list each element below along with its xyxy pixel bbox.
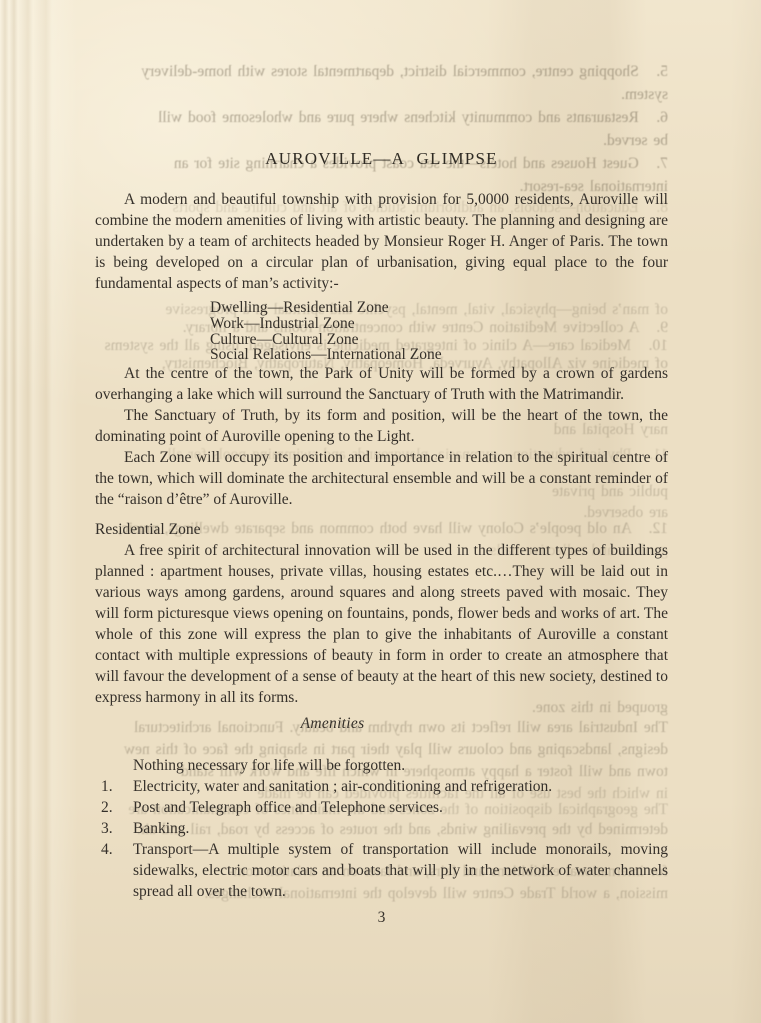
residential-zone-heading: Residential Zone xyxy=(95,519,668,540)
amenity-item: 1. Electricity, water and sanitation ; a… xyxy=(95,776,668,797)
zone-list-item: Social Relations—International Zone xyxy=(210,347,668,363)
residential-zone-paragraph: A free spirit of architectural innovatio… xyxy=(95,540,668,708)
sanctuary-paragraph: The Sanctuary of Truth, by its form and … xyxy=(95,405,668,447)
amenities-intro: Nothing necessary for life will be forgo… xyxy=(95,755,668,776)
zone-list-item: Dwelling—Residential Zone xyxy=(210,300,668,316)
intro-paragraph: A modern and beautiful township with pro… xyxy=(95,189,668,294)
zones-spiritual-paragraph: Each Zone will occupy its position and i… xyxy=(95,447,668,510)
text-column: AUROVILLE—A GLIMPSE A modern and beautif… xyxy=(95,0,668,928)
amenity-number: 2. xyxy=(95,797,133,818)
amenity-item: 3. Banking. xyxy=(95,818,668,839)
amenity-number: 3. xyxy=(95,818,133,839)
amenity-item: 2. Post and Telegraph office and Telepho… xyxy=(95,797,668,818)
zone-list-item: Culture—Cultural Zone xyxy=(210,332,668,348)
amenity-item: 4. Transport—A multiple system of transp… xyxy=(95,839,668,902)
amenities-heading: Amenities xyxy=(46,713,619,734)
amenity-number: 1. xyxy=(95,776,133,797)
amenity-text: Post and Telegraph office and Telephone … xyxy=(133,797,668,818)
park-of-unity-paragraph: At the centre of the town, the Park of U… xyxy=(95,363,668,405)
scanned-book-page: 5. Shopping centre, commercial district,… xyxy=(0,0,761,1023)
amenities-list: 1. Electricity, water and sanitation ; a… xyxy=(95,776,668,902)
page-number: 3 xyxy=(95,907,668,928)
amenity-text: Electricity, water and sanitation ; air-… xyxy=(133,776,668,797)
amenity-text: Transport—A multiple system of transport… xyxy=(133,839,668,902)
page-title: AUROVILLE—A GLIMPSE xyxy=(95,148,668,169)
amenity-text: Banking. xyxy=(133,818,668,839)
zone-list: Dwelling—Residential Zone Work—Industria… xyxy=(210,300,668,363)
zone-list-item: Work—Industrial Zone xyxy=(210,316,668,332)
amenity-number: 4. xyxy=(95,839,133,902)
